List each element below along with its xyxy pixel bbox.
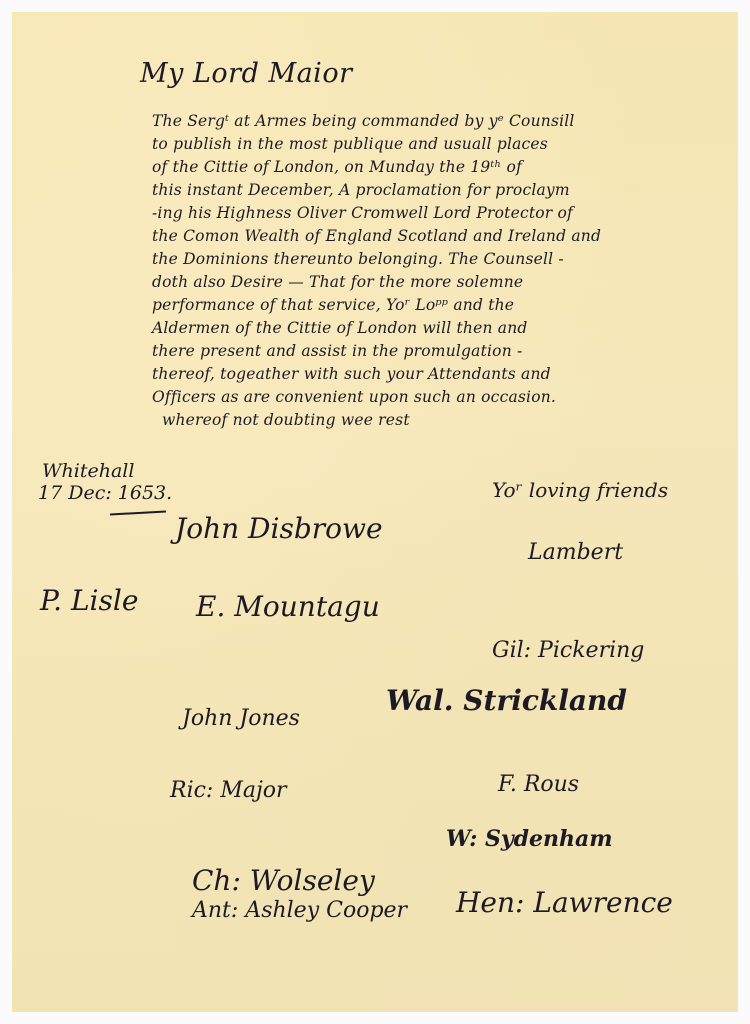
date-underline (110, 511, 166, 515)
signature: P. Lisle (40, 584, 138, 617)
signature: Hen: Lawrence (456, 886, 673, 919)
closing-line: Yoʳ loving friends (492, 478, 668, 502)
body-line: of the Cittie of London, on Munday the 1… (152, 158, 522, 176)
body-line: the Comon Wealth of England Scotland and… (152, 227, 601, 245)
body-line: Aldermen of the Cittie of London will th… (152, 319, 528, 337)
signature: Ric: Major (170, 778, 287, 803)
signature: F. Rous (498, 772, 579, 797)
signature: Ant: Ashley Cooper (192, 898, 407, 923)
body-line: to publish in the most publique and usua… (152, 135, 548, 153)
body-line: this instant December, A proclamation fo… (152, 181, 570, 199)
salutation: My Lord Maior (140, 58, 352, 89)
signature: W: Sydenham (446, 826, 613, 852)
body-line: performance of that service, Yoʳ Loᵖᵖ an… (152, 296, 514, 314)
signature: John Disbrowe (175, 512, 383, 545)
body-line: Officers as are convenient upon such an … (152, 388, 556, 406)
place-line: Whitehall (42, 460, 134, 482)
body-line: thereof, togeather with such your Attend… (152, 365, 551, 383)
signature: Wal. Strickland (386, 684, 627, 717)
date-line: 17 Dec: 1653. (38, 482, 172, 504)
body-line: whereof not doubting wee rest (162, 411, 410, 429)
signature: Gil: Pickering (492, 638, 644, 663)
body-line: doth also Desire — That for the more sol… (152, 273, 523, 291)
body-line: there present and assist in the promulga… (152, 342, 522, 360)
body-line: The Sergᵗ at Armes being commanded by yᵉ… (152, 112, 575, 130)
body-line: -ing his Highness Oliver Cromwell Lord P… (152, 204, 573, 222)
signature: E. Mountagu (196, 590, 380, 623)
letter-page: My Lord Maior The Sergᵗ at Armes being c… (12, 12, 738, 1012)
body-line: the Dominions thereunto belonging. The C… (152, 250, 564, 268)
signature: Ch: Wolseley (192, 864, 375, 897)
signature: Lambert (528, 540, 623, 565)
signature: John Jones (182, 706, 300, 731)
